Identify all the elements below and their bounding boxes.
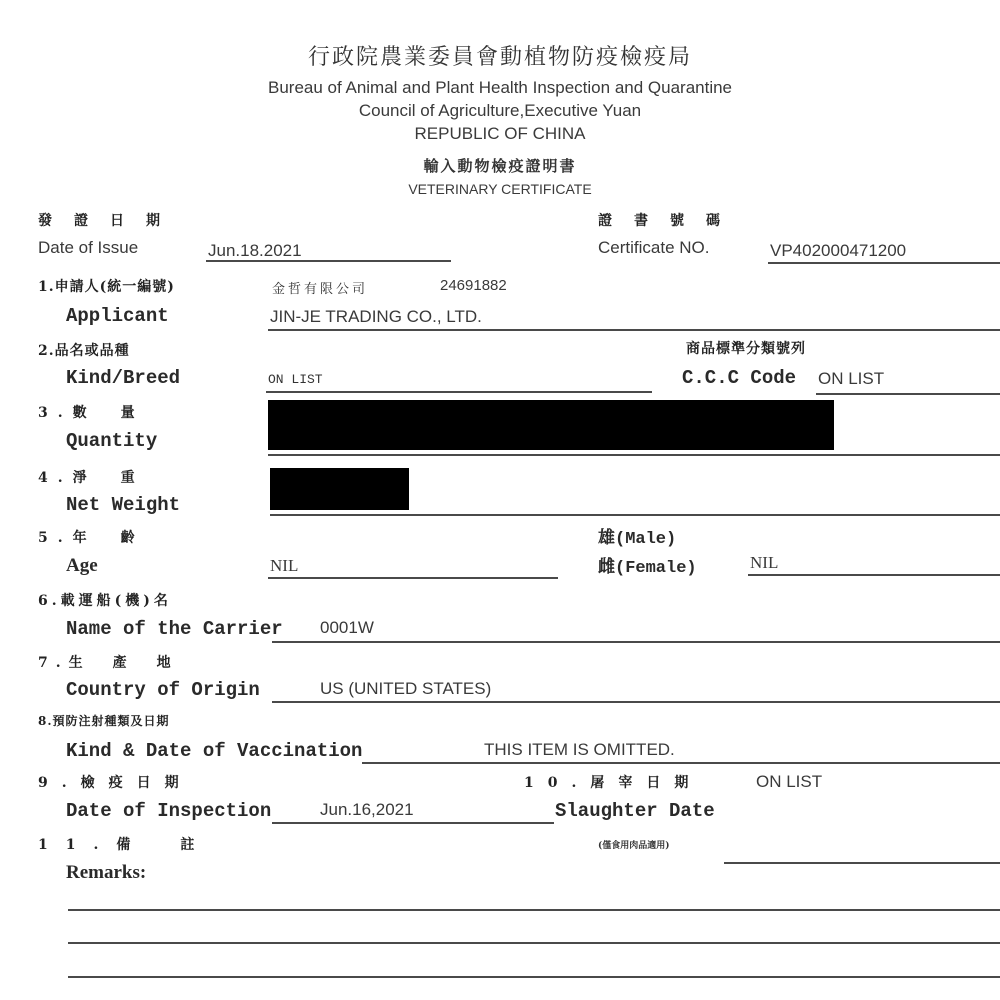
document-title-cjk: 輸入動物檢疫證明書 (0, 155, 1000, 176)
age-label: Age (66, 555, 98, 577)
document-title-en: VETERINARY CERTIFICATE (0, 181, 1000, 197)
issue-date-label-cjk: 發證日期 (38, 210, 182, 230)
sex-female-label: 雌(Female) (598, 552, 697, 578)
kind-breed-underline (266, 391, 652, 393)
applicant-label: Applicant (66, 305, 169, 327)
origin-underline (272, 701, 1000, 703)
carrier-label: Name of the Carrier (66, 618, 283, 640)
age-value: NIL (270, 556, 298, 576)
carrier-underline (272, 641, 1000, 643)
remarks-line-2 (68, 942, 1000, 944)
slaughter-label-cjk: 10.屠宰日期 (524, 772, 702, 792)
certificate-underline (768, 262, 1000, 264)
origin-value: US (UNITED STATES) (320, 679, 491, 699)
issue-date-underline (206, 260, 451, 262)
applicant-value: JIN-JE TRADING CO., LTD. (270, 307, 482, 327)
net-weight-label: Net Weight (66, 494, 180, 516)
carrier-label-cjk: 6.載運船(機)名 (38, 590, 172, 610)
applicant-tax-id: 24691882 (440, 277, 507, 294)
agency-name-en: Bureau of Animal and Plant Health Inspec… (0, 78, 1000, 98)
age-label-cjk: 5.年 齡 (38, 527, 145, 547)
ccc-code-label: C.C.C Code (682, 367, 796, 389)
remarks-label: Remarks: (66, 862, 146, 884)
issue-date-value: Jun.18.2021 (208, 241, 302, 261)
council-name: Council of Agriculture,Executive Yuan (0, 101, 1000, 121)
slaughter-underline (724, 862, 1000, 864)
applicant-label-cjk: 1.申請人(統一編號) (38, 276, 175, 296)
kind-breed-label-cjk: 2.品名或品種 (38, 340, 130, 360)
net-weight-underline (270, 514, 1000, 516)
vaccination-value: THIS ITEM IS OMITTED. (484, 740, 675, 760)
age-underline (268, 577, 558, 579)
quantity-redaction (268, 400, 834, 450)
net-weight-redaction (270, 468, 409, 510)
slaughter-note: (僅食用肉品適用) (598, 838, 670, 851)
remarks-line-3 (68, 976, 1000, 978)
remarks-label-cjk: 11.備 註 (38, 834, 212, 854)
quantity-label: Quantity (66, 430, 157, 452)
inspection-label-cjk: 9.檢疫日期 (38, 772, 193, 792)
ccc-code-value: ON LIST (818, 369, 884, 389)
applicant-name-cjk: 金哲有限公司 (272, 278, 368, 297)
country-name: REPUBLIC OF CHINA (0, 124, 1000, 144)
slaughter-label: Slaughter Date (555, 800, 715, 822)
quantity-label-cjk: 3.數 量 (38, 402, 145, 422)
carrier-value: 0001W (320, 618, 374, 638)
net-weight-label-cjk: 4.淨 重 (38, 467, 145, 487)
vaccination-label: Kind & Date of Vaccination (66, 740, 362, 762)
slaughter-value: ON LIST (756, 772, 822, 792)
certificate-label: Certificate NO. (598, 238, 709, 258)
vaccination-label-cjk: 8.預防注射種類及日期 (38, 712, 170, 729)
agency-name-cjk: 行政院農業委員會動植物防疫檢疫局 (0, 40, 1000, 71)
issue-date-label: Date of Issue (38, 238, 138, 258)
kind-breed-label: Kind/Breed (66, 367, 180, 389)
inspection-underline (272, 822, 554, 824)
vaccination-underline (362, 762, 1000, 764)
kind-breed-value: ON LIST (268, 372, 323, 387)
quantity-underline (268, 454, 1000, 456)
certificate-label-cjk: 證書號碼 (598, 210, 742, 230)
applicant-underline (268, 329, 1000, 331)
sex-male-label: 雄(Male) (598, 523, 676, 549)
origin-label: Country of Origin (66, 679, 260, 701)
origin-label-cjk: 7.生 產 地 (38, 652, 179, 672)
inspection-label: Date of Inspection (66, 800, 271, 822)
remarks-line-1 (68, 909, 1000, 911)
certificate-number: VP402000471200 (770, 241, 906, 261)
inspection-value: Jun.16,2021 (320, 800, 414, 820)
sex-underline (748, 574, 1000, 576)
sex-value: NIL (750, 553, 778, 573)
ccc-code-label-cjk: 商品標準分類號列 (686, 338, 806, 358)
ccc-code-underline (816, 393, 1000, 395)
